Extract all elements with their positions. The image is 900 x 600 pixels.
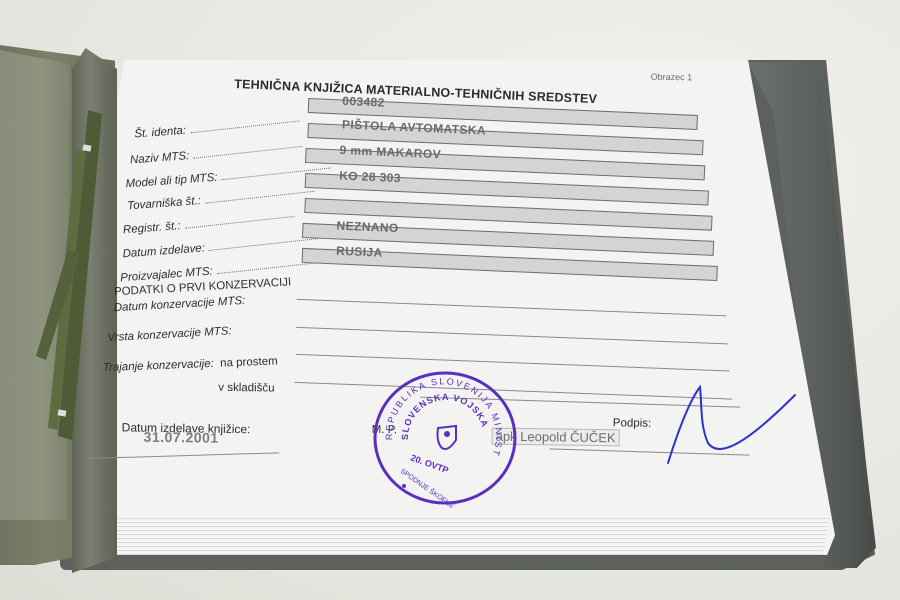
issue-date-value: 31.07.2001 [143,429,218,446]
field-label: Št. identa: [134,116,300,140]
dotted-leader [205,191,314,204]
svg-text:20. OVTP: 20. OVTP [409,452,450,475]
field-label: Model ali tip MTS: [125,163,331,190]
field-value: NEZNANO [336,218,399,235]
official-stamp: REPUBLIKA SLOVENIJA MINISTRSTVO ZA OBRAM… [370,368,520,508]
field-label: Naziv MTS: [130,142,304,167]
field-value: 003482 [342,94,385,110]
conservation-date-label: Datum konzervacije MTS: [113,295,245,314]
label-text: Datum konzervacije MTS: [113,295,245,314]
field-label-text: Tovarniška št.: [127,195,201,212]
field-label-text: Model ali tip MTS: [125,172,218,191]
storage-label: v skladišču [218,382,274,395]
conservation-type-label: Vrsta konzervacije MTS: [107,325,232,344]
field-label: Tovarniška št.: [127,187,315,213]
conservation-duration-label: Trajanje konzervacije: na prostem [103,355,278,374]
handwritten-signature [660,385,800,465]
dotted-leader [190,120,299,133]
conservation-type-line[interactable] [296,327,728,345]
field-label-text: Naziv MTS: [130,150,190,166]
field-label-text: Št. identa: [134,125,187,141]
signature-label: Podpis: [613,417,652,430]
field-label: Datum izdelave: [122,234,319,260]
field-label-text: Registr. št.: [123,220,181,236]
field-value: RUSIJA [336,244,383,260]
field-label-text: Datum izdelave: [122,242,205,260]
outdoor-label: na prostem [220,355,278,369]
dotted-leader [193,146,302,159]
duration-label-text: Trajanje konzervacije: [103,358,214,374]
coat-of-arms-icon [438,426,457,449]
conservation-date-line[interactable] [297,299,727,317]
issue-date-line [89,452,279,459]
dotted-leader [185,216,294,229]
form-number: Obrazec 1 [651,72,693,83]
field-label: Registr. št.: [123,212,295,237]
field-value: KO 28 303 [339,169,401,186]
